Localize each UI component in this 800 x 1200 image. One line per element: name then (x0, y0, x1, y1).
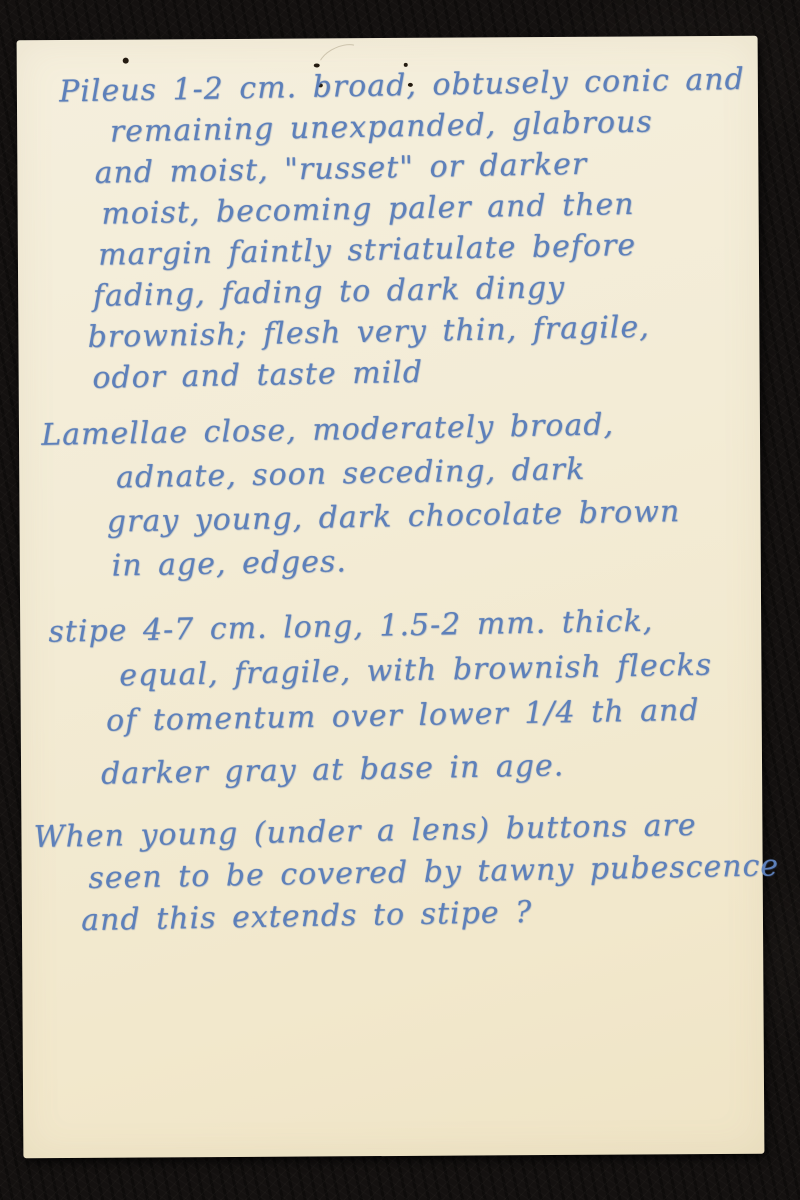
paragraph-stipe: stipe 4-7 cm. long, 1.5-2 mm. thick, equ… (20, 598, 714, 799)
paragraph-buttons: When young (under a lens) buttons are se… (21, 803, 780, 943)
handwriting-line: darker gray at base in age. (101, 741, 715, 797)
photo-background: { "page": { "background_color": "#141110… (0, 0, 800, 1200)
paragraph-pileus: Pileus 1-2 cm. broad, obtusely conic and… (17, 59, 751, 400)
paragraph-lamellae: Lamellae close, moderately broad, adnate… (19, 402, 682, 590)
index-card: Pileus 1-2 cm. broad, obtusely conic and… (17, 36, 765, 1159)
pinhole (123, 58, 129, 64)
handwriting-line: in age, edges. (111, 534, 681, 588)
